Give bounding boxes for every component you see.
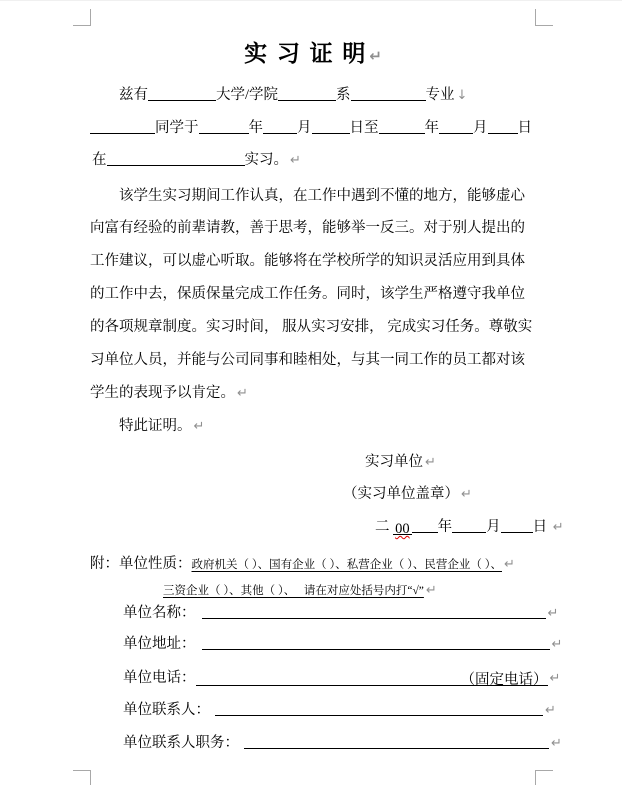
text-run: 单位联系人职务： xyxy=(123,735,239,751)
text-run: 大学/学院 xyxy=(216,87,278,103)
signature-date-line: 二 00年月日 ↵ xyxy=(375,517,564,538)
margin-crop-mark-bottom-left xyxy=(73,770,91,785)
blank-underline xyxy=(263,118,297,134)
paragraph-mark: ↵ xyxy=(426,583,437,598)
blank-underline xyxy=(312,118,350,134)
blank-underline xyxy=(202,603,546,619)
page-title: 实 习 证 明↵ xyxy=(90,35,536,68)
blank-underline xyxy=(278,85,336,101)
text-run: 单位地址： xyxy=(123,636,196,652)
underlined-text-run: 政府机关（ ）、国有企业（ ）、私营企业（ ）、民营企业（ ）、 xyxy=(192,559,503,571)
paragraph-mark: ↵ xyxy=(551,736,562,751)
body-line-6: 习单位人员，并能与公司同事和睦相处，与其一同工作的员工都对该 xyxy=(90,350,525,370)
body-line-7: 学生的表现予以肯定。↵ xyxy=(90,383,248,404)
field-contact-title: 单位联系人职务：↵ xyxy=(123,733,562,754)
blank-underline xyxy=(501,517,533,533)
text-run: 学生的表现予以肯定。 xyxy=(90,385,235,401)
margin-crop-mark-top-right xyxy=(535,9,553,26)
text-run: 单位联系人： xyxy=(123,702,210,718)
text-run: 年 xyxy=(438,519,453,535)
paragraph-mark: ↵ xyxy=(553,520,564,535)
body-line-5: 的各项规章制度。实习时间， 服从实习安排， 完成实习任务。尊敬实 xyxy=(90,317,532,337)
body-line-1: 该学生实习期间工作认真，在工作中遇到不懂的地方，能够虚心 xyxy=(119,186,525,206)
text-run: 特此证明。 xyxy=(119,418,192,434)
text-run: 工作建议，可以虚心听取。能够将在学校所学的知识灵活应用到具体 xyxy=(90,253,525,269)
blank-underline xyxy=(439,118,473,134)
blank-underline xyxy=(215,700,543,716)
underlined-text-run: 三资企业（ ）、其他（ ）、 请在对应处括号内打“√” xyxy=(163,585,424,597)
text-run: 的各项规章制度。实习时间， 服从实习安排， 完成实习任务。尊敬实 xyxy=(90,319,532,335)
blank-underline xyxy=(148,85,216,101)
line-break-mark: ↓ xyxy=(457,88,468,103)
blank-underline xyxy=(202,634,550,650)
text-run: 习单位人员，并能与公司同事和睦相处，与其一同工作的员工都对该 xyxy=(90,352,525,368)
blank-underline xyxy=(199,118,249,134)
blank-underline xyxy=(244,733,549,749)
page-title-text: 实 习 证 明 xyxy=(244,41,367,66)
text-run: 月 xyxy=(486,519,501,535)
blank-line-dates: 同学于年月日至年月日 xyxy=(90,118,532,138)
text-run: 日 xyxy=(533,519,551,535)
margin-crop-mark-bottom-right xyxy=(535,770,553,785)
text-run: 实习。 xyxy=(245,152,289,168)
closing-line: 特此证明。↵ xyxy=(119,416,204,437)
text-run: 月 xyxy=(297,120,312,136)
note-unit-type-line-2: 三资企业（ ）、其他（ ）、 请在对应处括号内打“√”↵ xyxy=(163,580,437,601)
text-run: 实习单位 xyxy=(365,454,423,470)
body-line-4: 的工作中去，保质保量完成工作任务。同时，该学生严格遵守我单位 xyxy=(90,284,525,304)
text-run: 在 xyxy=(92,152,107,168)
document-page: 实 习 证 明↵ 兹有大学/学院系专业↓同学于年月日至年月日在实习。↵该学生实习… xyxy=(0,0,622,785)
text-run: 年 xyxy=(425,120,440,136)
blank-underline-with-hint: （固定电话） xyxy=(196,670,548,686)
text-run: 向富有经验的前辈请教，善于思考，能够举一反三。对于别人提出的 xyxy=(90,220,525,236)
blank-line-university: 兹有大学/学院系专业↓ xyxy=(119,85,467,106)
blank-underline xyxy=(379,118,425,134)
paragraph-mark: ↵ xyxy=(504,557,515,572)
signature-unit-line: 实习单位↵ xyxy=(365,452,436,473)
text-run: 年 xyxy=(249,120,264,136)
note-unit-type-line-1: 附：单位性质：政府机关（ ）、国有企业（ ）、私营企业（ ）、民营企业（ ）、↵ xyxy=(90,554,515,575)
body-line-2: 向富有经验的前辈请教，善于思考，能够举一反三。对于别人提出的 xyxy=(90,218,525,238)
blank-underline xyxy=(351,85,426,101)
blank-underline xyxy=(452,517,486,533)
margin-crop-mark-top-left xyxy=(73,9,91,26)
field-company-phone: 单位电话：（固定电话）↵ xyxy=(123,668,560,689)
paragraph-mark: ↵ xyxy=(552,637,563,652)
paragraph-mark: ↵ xyxy=(237,386,248,401)
text-run: 兹有 xyxy=(119,87,148,103)
text-run: 系 xyxy=(336,87,351,103)
blank-underline xyxy=(412,517,438,533)
blank-underline xyxy=(488,118,518,134)
text-run: 附：单位性质： xyxy=(90,556,192,572)
signature-seal-line: （实习单位盖章）↵ xyxy=(343,484,472,505)
field-company-contact: 单位联系人：↵ xyxy=(123,700,556,721)
text-run: 单位电话： xyxy=(123,670,196,686)
paragraph-mark: ↵ xyxy=(425,455,436,470)
field-company-name: 单位名称：↵ xyxy=(123,603,558,624)
text-run: 同学于 xyxy=(155,120,199,136)
blank-underline xyxy=(107,150,245,166)
paragraph-mark: ↵ xyxy=(545,703,556,718)
text-run: 二 xyxy=(375,519,393,535)
paragraph-mark: ↵ xyxy=(194,419,205,434)
paragraph-mark: ↵ xyxy=(369,47,382,65)
paragraph-mark: ↵ xyxy=(548,606,559,621)
paragraph-mark: ↵ xyxy=(550,671,561,686)
blank-underline xyxy=(90,118,155,134)
field-company-address: 单位地址：↵ xyxy=(123,634,562,655)
paragraph-mark: ↵ xyxy=(461,487,472,502)
text-run: 的工作中去，保质保量完成工作任务。同时，该学生严格遵守我单位 xyxy=(90,286,525,302)
body-line-3: 工作建议，可以虚心听取。能够将在学校所学的知识灵活应用到具体 xyxy=(90,251,525,271)
text-run: （实习单位盖章） xyxy=(343,486,459,502)
spellcheck-flagged-text: 00 xyxy=(393,519,412,535)
text-run: 该学生实习期间工作认真，在工作中遇到不懂的地方，能够虚心 xyxy=(119,188,525,204)
text-run: 单位名称： xyxy=(123,605,196,621)
text-run: 日 xyxy=(518,120,533,136)
text-run: 专业 xyxy=(426,87,455,103)
blank-line-location: 在实习。↵ xyxy=(92,150,301,171)
paragraph-mark: ↵ xyxy=(290,153,301,168)
text-run: 月 xyxy=(473,120,488,136)
text-run: 日至 xyxy=(350,120,379,136)
